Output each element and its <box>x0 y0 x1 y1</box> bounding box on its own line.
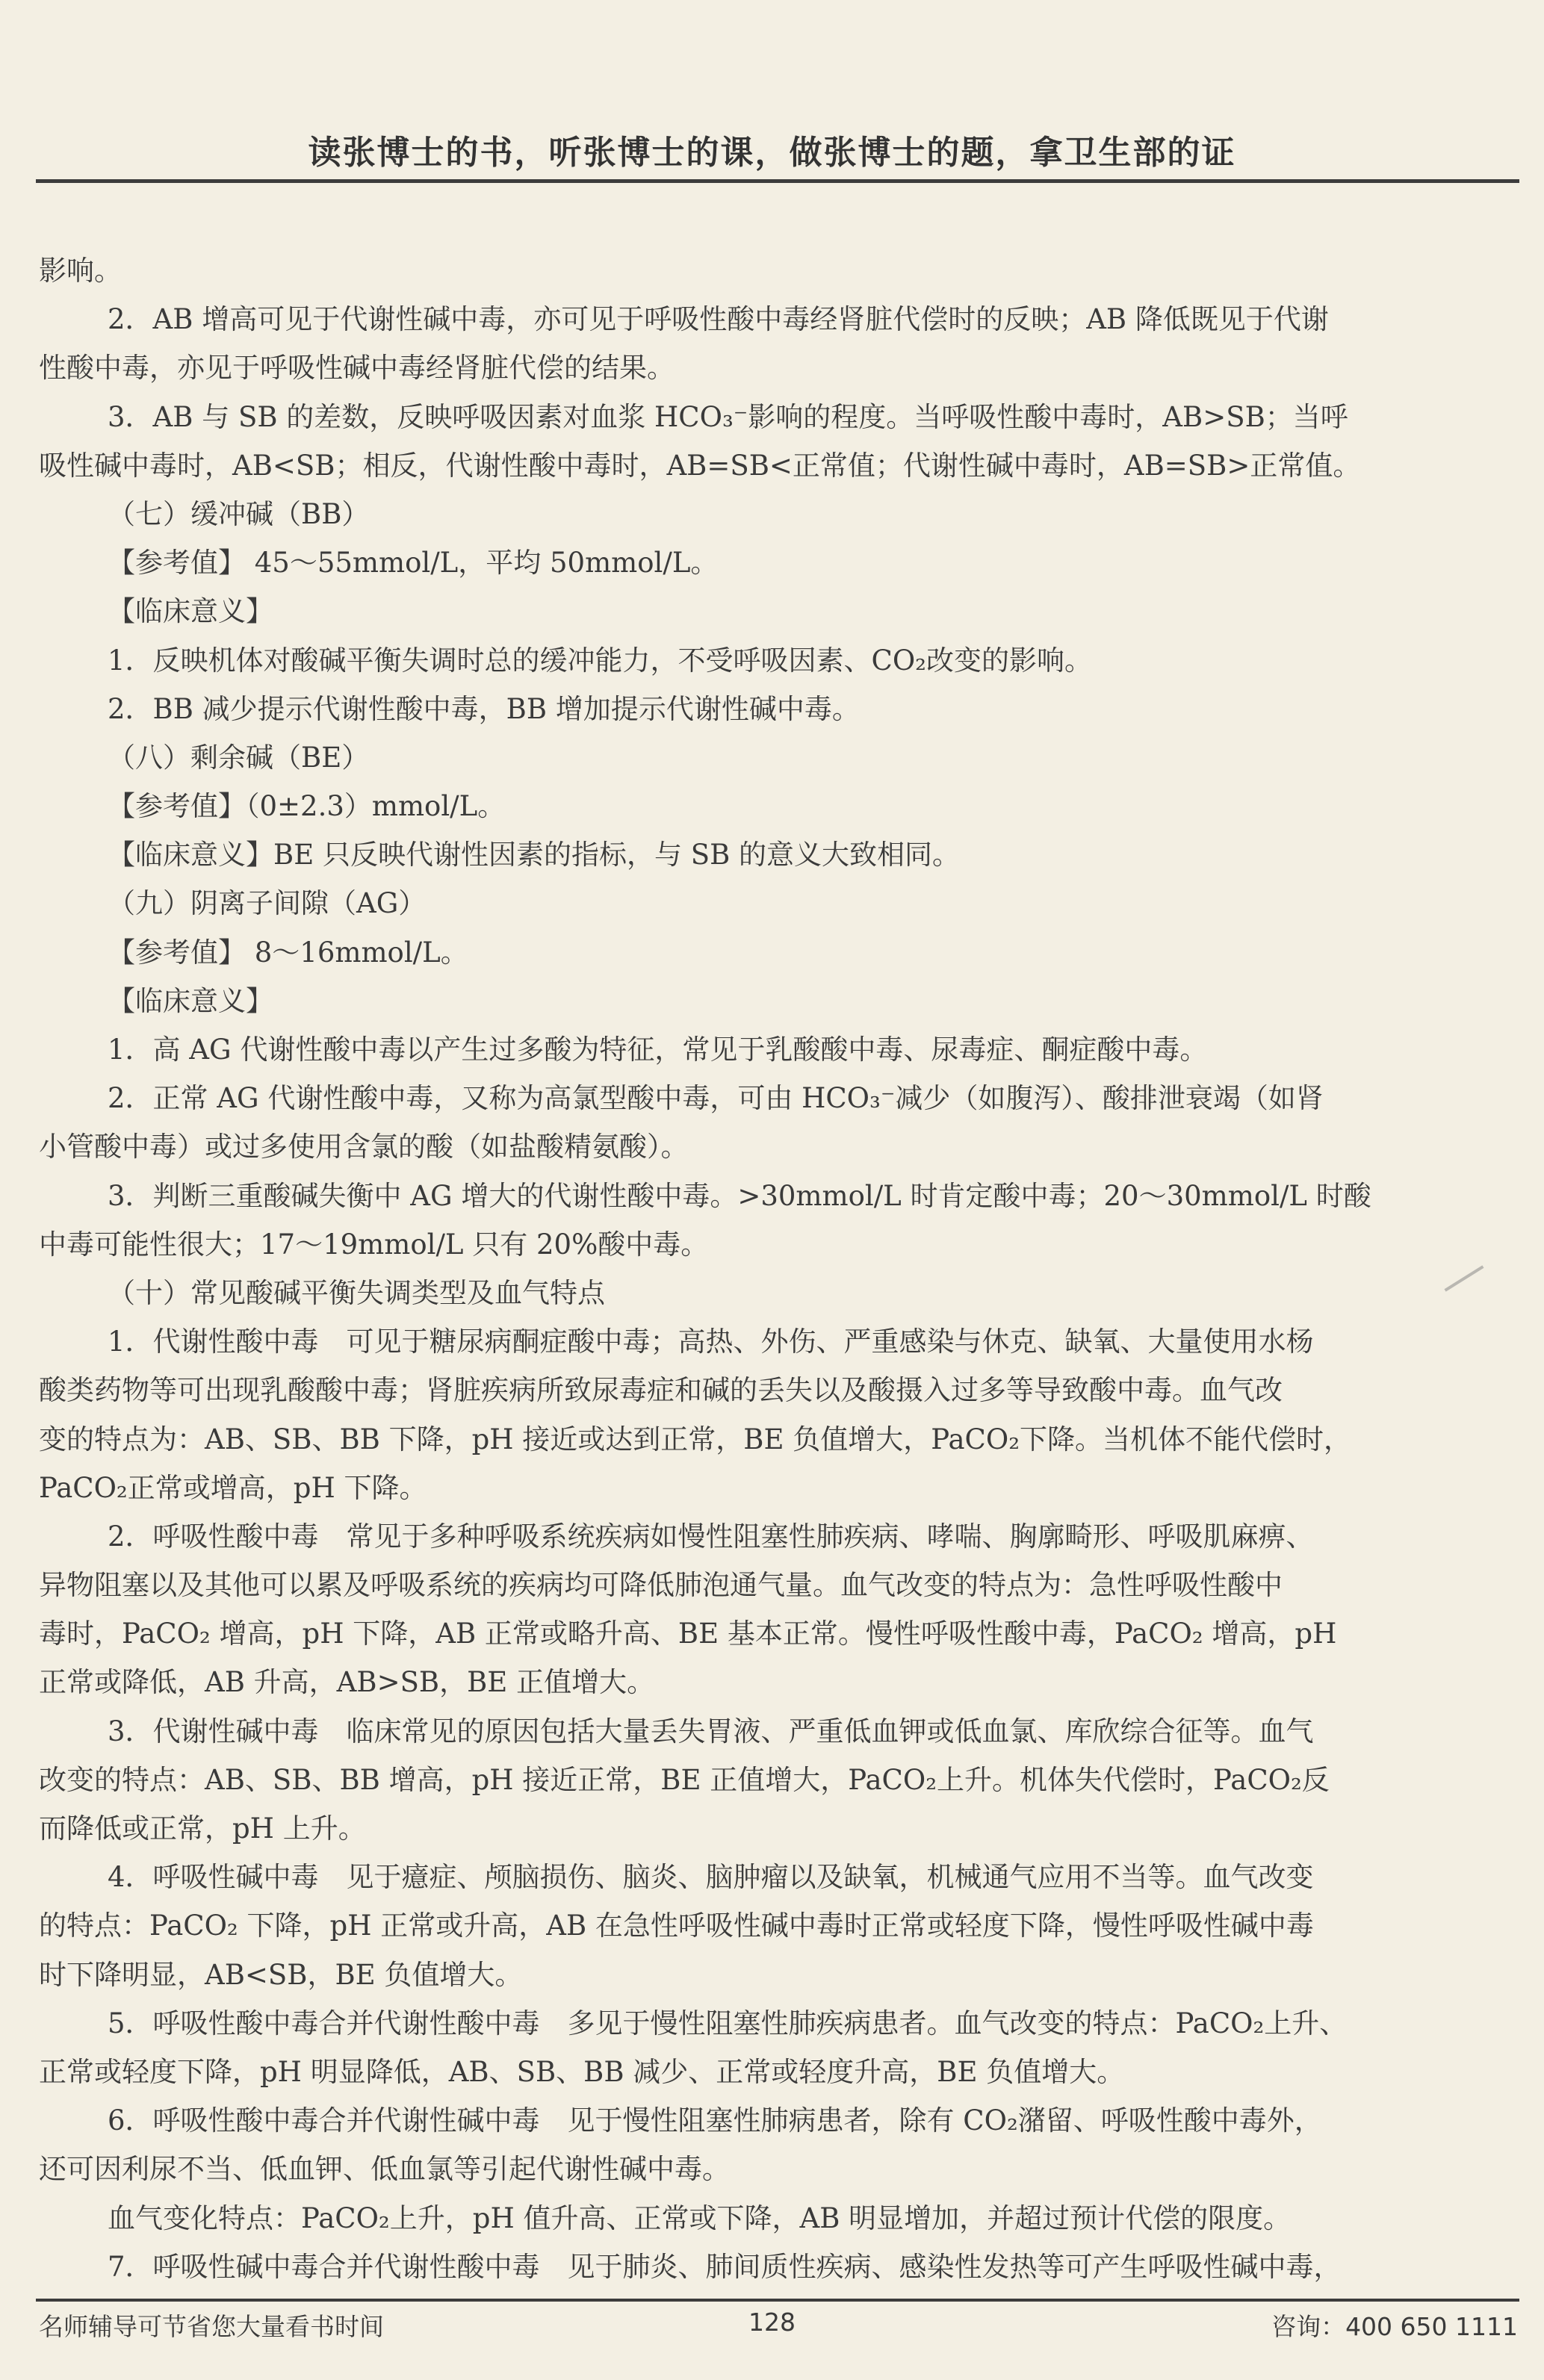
text-line: 2．BB 减少提示代谢性酸中毒，BB 增加提示代谢性碱中毒。 <box>39 685 1518 733</box>
text-line: 3．判断三重酸碱失衡中 AG 增大的代谢性酸中毒。>30mmol/L 时肯定酸中… <box>39 1172 1518 1220</box>
text-line: 正常或轻度下降，pH 明显降低，AB、SB、BB 减少、正常或轻度升高，BE 负… <box>39 2048 1518 2096</box>
text-line: 时下降明显，AB<SB，BE 负值增大。 <box>39 1951 1518 1999</box>
text-line: 【参考值】 45～55mmol/L，平均 50mmol/L。 <box>39 538 1518 587</box>
text-line: 变的特点为：AB、SB、BB 下降，pH 接近或达到正常，BE 负值增大，PaC… <box>39 1415 1518 1464</box>
text-line: 毒时，PaCO₂ 增高，pH 下降，AB 正常或略升高、BE 基本正常。慢性呼吸… <box>39 1609 1518 1658</box>
text-line: 【临床意义】 <box>39 587 1518 636</box>
text-line: 5．呼吸性酸中毒合并代谢性酸中毒 多见于慢性阻塞性肺疾病患者。血气改变的特点：P… <box>39 1999 1518 2048</box>
text-line: 小管酸中毒）或过多使用含氯的酸（如盐酸精氨酸）。 <box>39 1122 1518 1171</box>
text-line: 1．代谢性酸中毒 可见于糖尿病酮症酸中毒；高热、外伤、严重感染与休克、缺氧、大量… <box>39 1317 1518 1366</box>
text-line: 2．AB 增高可见于代谢性碱中毒，亦可见于呼吸性酸中毒经肾脏代偿时的反映；AB … <box>39 295 1518 344</box>
text-line: 还可因利尿不当、低血钾、低血氯等引起代谢性碱中毒。 <box>39 2145 1518 2193</box>
text-line: 【临床意义】 <box>39 977 1518 1025</box>
text-line: 异物阻塞以及其他可以累及呼吸系统的疾病均可降低肺泡通气量。血气改变的特点为：急性… <box>39 1561 1518 1609</box>
text-line: 【临床意义】BE 只反映代谢性因素的指标，与 SB 的意义大致相同。 <box>39 830 1518 879</box>
text-line: 性酸中毒，亦见于呼吸性碱中毒经肾脏代偿的结果。 <box>39 344 1518 392</box>
text-line: 1．高 AG 代谢性酸中毒以产生过多酸为特征，常见于乳酸酸中毒、尿毒症、酮症酸中… <box>39 1025 1518 1074</box>
text-line: 4．呼吸性碱中毒 见于癔症、颅脑损伤、脑炎、脑肿瘤以及缺氧，机械通气应用不当等。… <box>39 1853 1518 1901</box>
footer-divider <box>36 2299 1519 2302</box>
body-text: 影响。2．AB 增高可见于代谢性碱中毒，亦可见于呼吸性酸中毒经肾脏代偿时的反映；… <box>39 246 1518 2291</box>
text-line: 而降低或正常，pH 上升。 <box>39 1804 1518 1853</box>
text-line: 2．呼吸性酸中毒 常见于多种呼吸系统疾病如慢性阻塞性肺疾病、哮喘、胸廓畸形、呼吸… <box>39 1512 1518 1561</box>
text-line: 【参考值】（0±2.3）mmol/L。 <box>39 782 1518 830</box>
text-line: 改变的特点：AB、SB、BB 增高，pH 接近正常，BE 正值增大，PaCO₂上… <box>39 1756 1518 1804</box>
footer-slogan: 名师辅导可节省您大量看书时间 <box>39 2308 384 2343</box>
text-line: 【参考值】 8～16mmol/L。 <box>39 928 1518 977</box>
text-line: 酸类药物等可出现乳酸酸中毒；肾脏疾病所致尿毒症和碱的丢失以及酸摄入过多等导致酸中… <box>39 1366 1518 1414</box>
text-line: 正常或降低，AB 升高，AB>SB，BE 正值增大。 <box>39 1658 1518 1706</box>
running-header-title: 读张博士的书，听张博士的课，做张博士的题，拿卫生部的证 <box>0 125 1544 173</box>
text-line: 1．反映机体对酸碱平衡失调时总的缓冲能力，不受呼吸因素、CO₂改变的影响。 <box>39 636 1518 685</box>
text-line: （九）阴离子间隙（AG） <box>39 879 1518 928</box>
text-line: 2．正常 AG 代谢性酸中毒，又称为高氯型酸中毒，可由 HCO₃⁻减少（如腹泻）… <box>39 1074 1518 1122</box>
text-line: 3．AB 与 SB 的差数，反映呼吸因素对血浆 HCO₃⁻影响的程度。当呼吸性酸… <box>39 393 1518 441</box>
text-line: （八）剩余碱（BE） <box>39 733 1518 782</box>
text-line: （十）常见酸碱平衡失调类型及血气特点 <box>39 1269 1518 1317</box>
text-line: 7．呼吸性碱中毒合并代谢性酸中毒 见于肺炎、肺间质性疾病、感染性发热等可产生呼吸… <box>39 2243 1518 2291</box>
text-line: 中毒可能性很大；17～19mmol/L 只有 20%酸中毒。 <box>39 1220 1518 1269</box>
header-divider <box>36 179 1519 183</box>
text-line: 6．呼吸性酸中毒合并代谢性碱中毒 见于慢性阻塞性肺病患者，除有 CO₂潴留、呼吸… <box>39 2096 1518 2145</box>
text-line: 3．代谢性碱中毒 临床常见的原因包括大量丢失胃液、严重低血钾或低血氯、库欣综合征… <box>39 1707 1518 1756</box>
text-line: PaCO₂正常或增高，pH 下降。 <box>39 1464 1518 1512</box>
text-line: 影响。 <box>39 246 1518 295</box>
footer-contact: 咨询：400 650 1111 <box>1271 2308 1518 2343</box>
text-line: 的特点：PaCO₂ 下降，pH 正常或升高，AB 在急性呼吸性碱中毒时正常或轻度… <box>39 1901 1518 1950</box>
text-line: （七）缓冲碱（BB） <box>39 490 1518 538</box>
text-line: 血气变化特点：PaCO₂上升，pH 值升高、正常或下降，AB 明显增加，并超过预… <box>39 2194 1518 2243</box>
page-number: 128 <box>748 2308 796 2337</box>
text-line: 吸性碱中毒时，AB<SB；相反，代谢性酸中毒时，AB=SB<正常值；代谢性碱中毒… <box>39 441 1518 490</box>
